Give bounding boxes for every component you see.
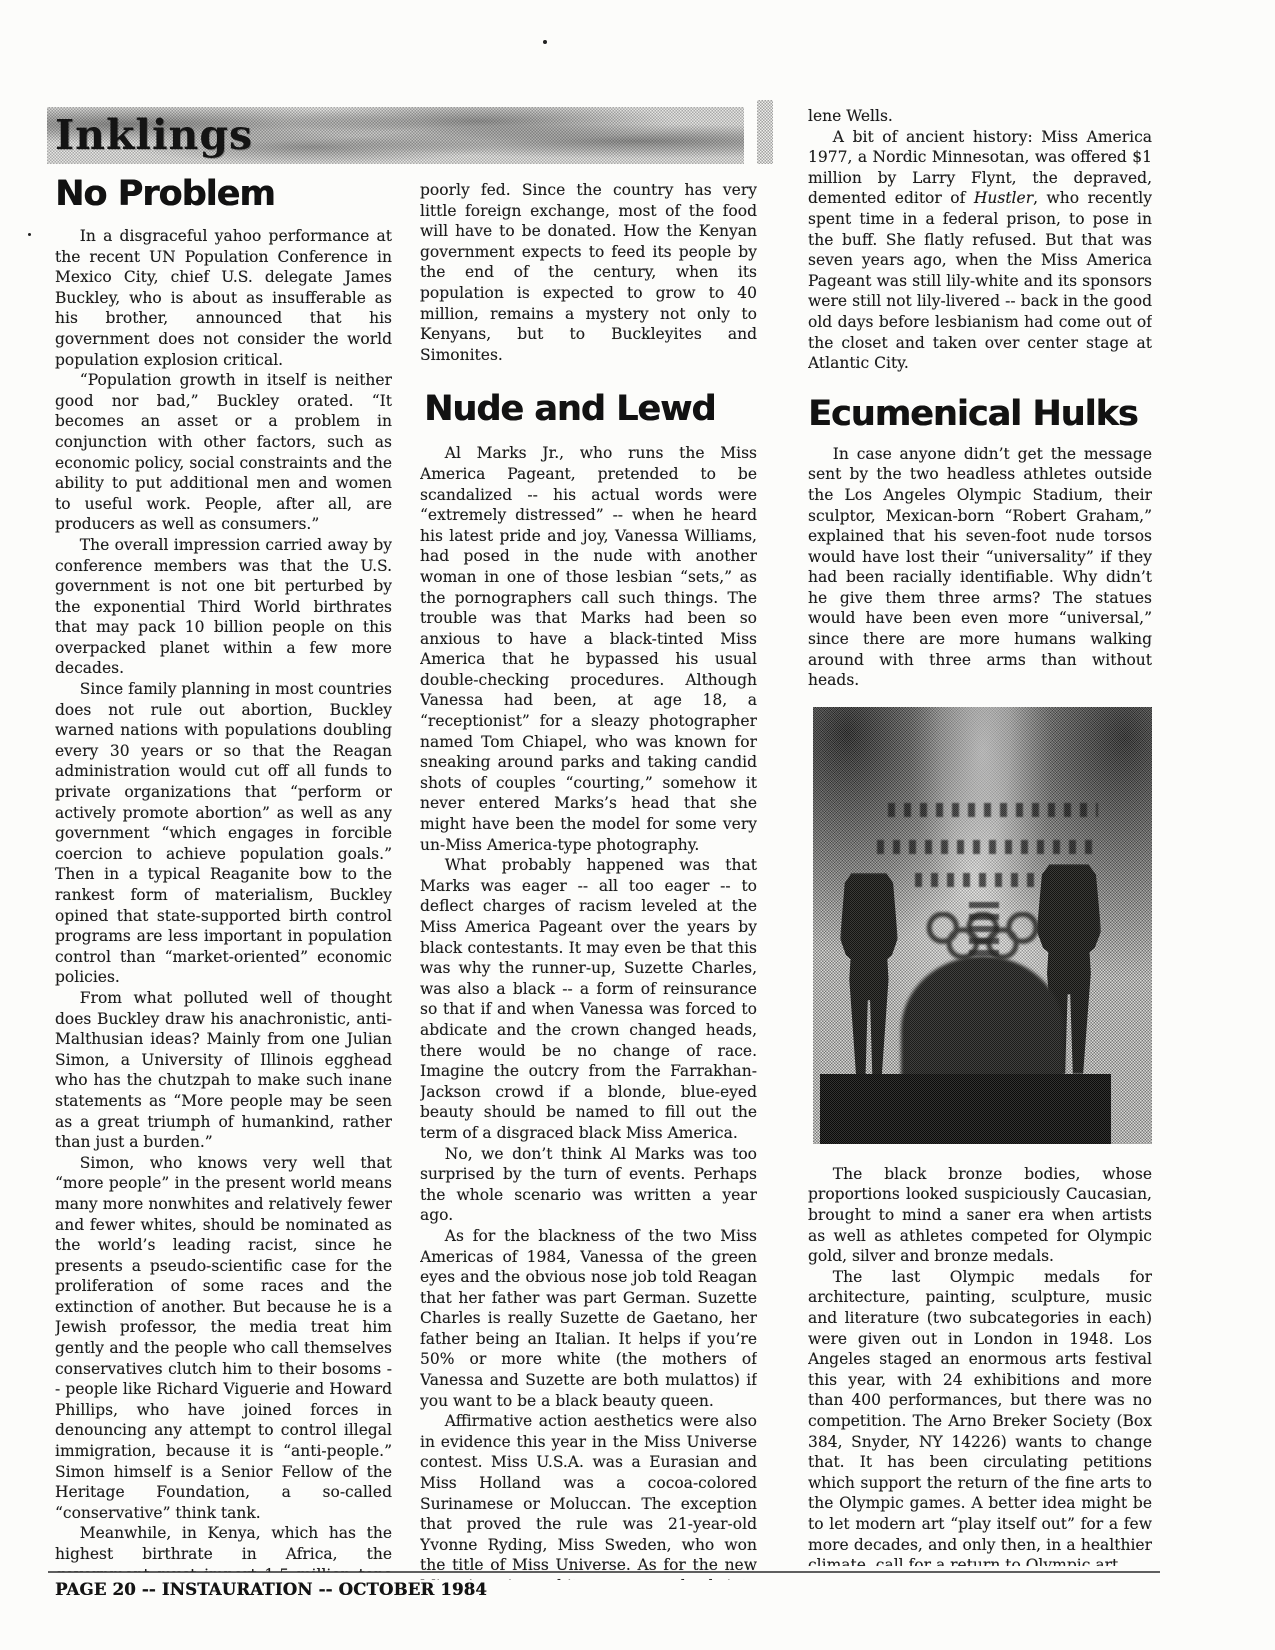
headless-statue-left <box>840 873 898 1078</box>
inklings-banner: Inklings <box>47 107 744 164</box>
column-2: poorly fed. Since the country has very l… <box>420 180 757 1580</box>
wall-lettering-row <box>877 840 1101 854</box>
paragraph: The last Olympic medals for architecture… <box>808 1267 1152 1566</box>
paragraph: “Population growth in itself is neither … <box>55 370 392 535</box>
paragraph: Al Marks Jr., who runs the Miss America … <box>420 443 757 855</box>
olympic-rings-icon <box>925 912 1040 960</box>
paragraph: No, we don’t think Al Marks was too surp… <box>420 1144 757 1226</box>
scan-smudge <box>757 100 773 164</box>
paragraph: The black bronze bodies, whose proportio… <box>808 1164 1152 1267</box>
paragraph: Simon, who knows very well that “more pe… <box>55 1153 392 1524</box>
paragraph: In case anyone didn’t get the message se… <box>808 444 1152 691</box>
paragraph: As for the blackness of the two Miss Ame… <box>420 1226 757 1411</box>
article-heading-nude-and-lewd: Nude and Lewd <box>424 389 757 429</box>
paragraph-continuation: lene Wells. <box>808 106 1152 127</box>
paragraph: The overall impression carried away by c… <box>55 535 392 679</box>
statues-photo <box>813 707 1152 1144</box>
paragraph-continuation: poorly fed. Since the country has very l… <box>420 180 757 365</box>
paragraph: What probably happened was that Marks wa… <box>420 855 757 1143</box>
wall-lettering-row <box>888 803 1098 817</box>
paragraph: Affirmative action aesthetics were also … <box>420 1411 757 1580</box>
section-title: Inklings <box>55 109 253 162</box>
footer-rule <box>48 1571 1160 1573</box>
paragraph: From what polluted well of thought does … <box>55 988 392 1153</box>
paragraph: In a disgraceful yahoo performance at th… <box>55 226 392 370</box>
scan-speck <box>28 233 31 236</box>
paragraph: Since family planning in most countries … <box>55 679 392 988</box>
photo-dark-base <box>820 1074 1112 1144</box>
paragraph: Meanwhile, in Kenya, which has the highe… <box>55 1523 392 1572</box>
magazine-title-italic: Hustler <box>974 189 1033 207</box>
column-3: lene Wells. A bit of ancient history: Mi… <box>808 106 1152 1566</box>
scan-speck <box>543 40 547 44</box>
article-heading-ecumenical-hulks: Ecumenical Hulks <box>808 394 1152 434</box>
column-1: No Problem In a disgraceful yahoo perfor… <box>55 172 392 1572</box>
article-heading-no-problem: No Problem <box>55 174 392 214</box>
paragraph: A bit of ancient history: Miss America 1… <box>808 127 1152 374</box>
text-run: , who recently spent time in a federal p… <box>808 189 1152 372</box>
page-footer: PAGE 20 -- INSTAURATION -- OCTOBER 1984 <box>55 1580 487 1599</box>
